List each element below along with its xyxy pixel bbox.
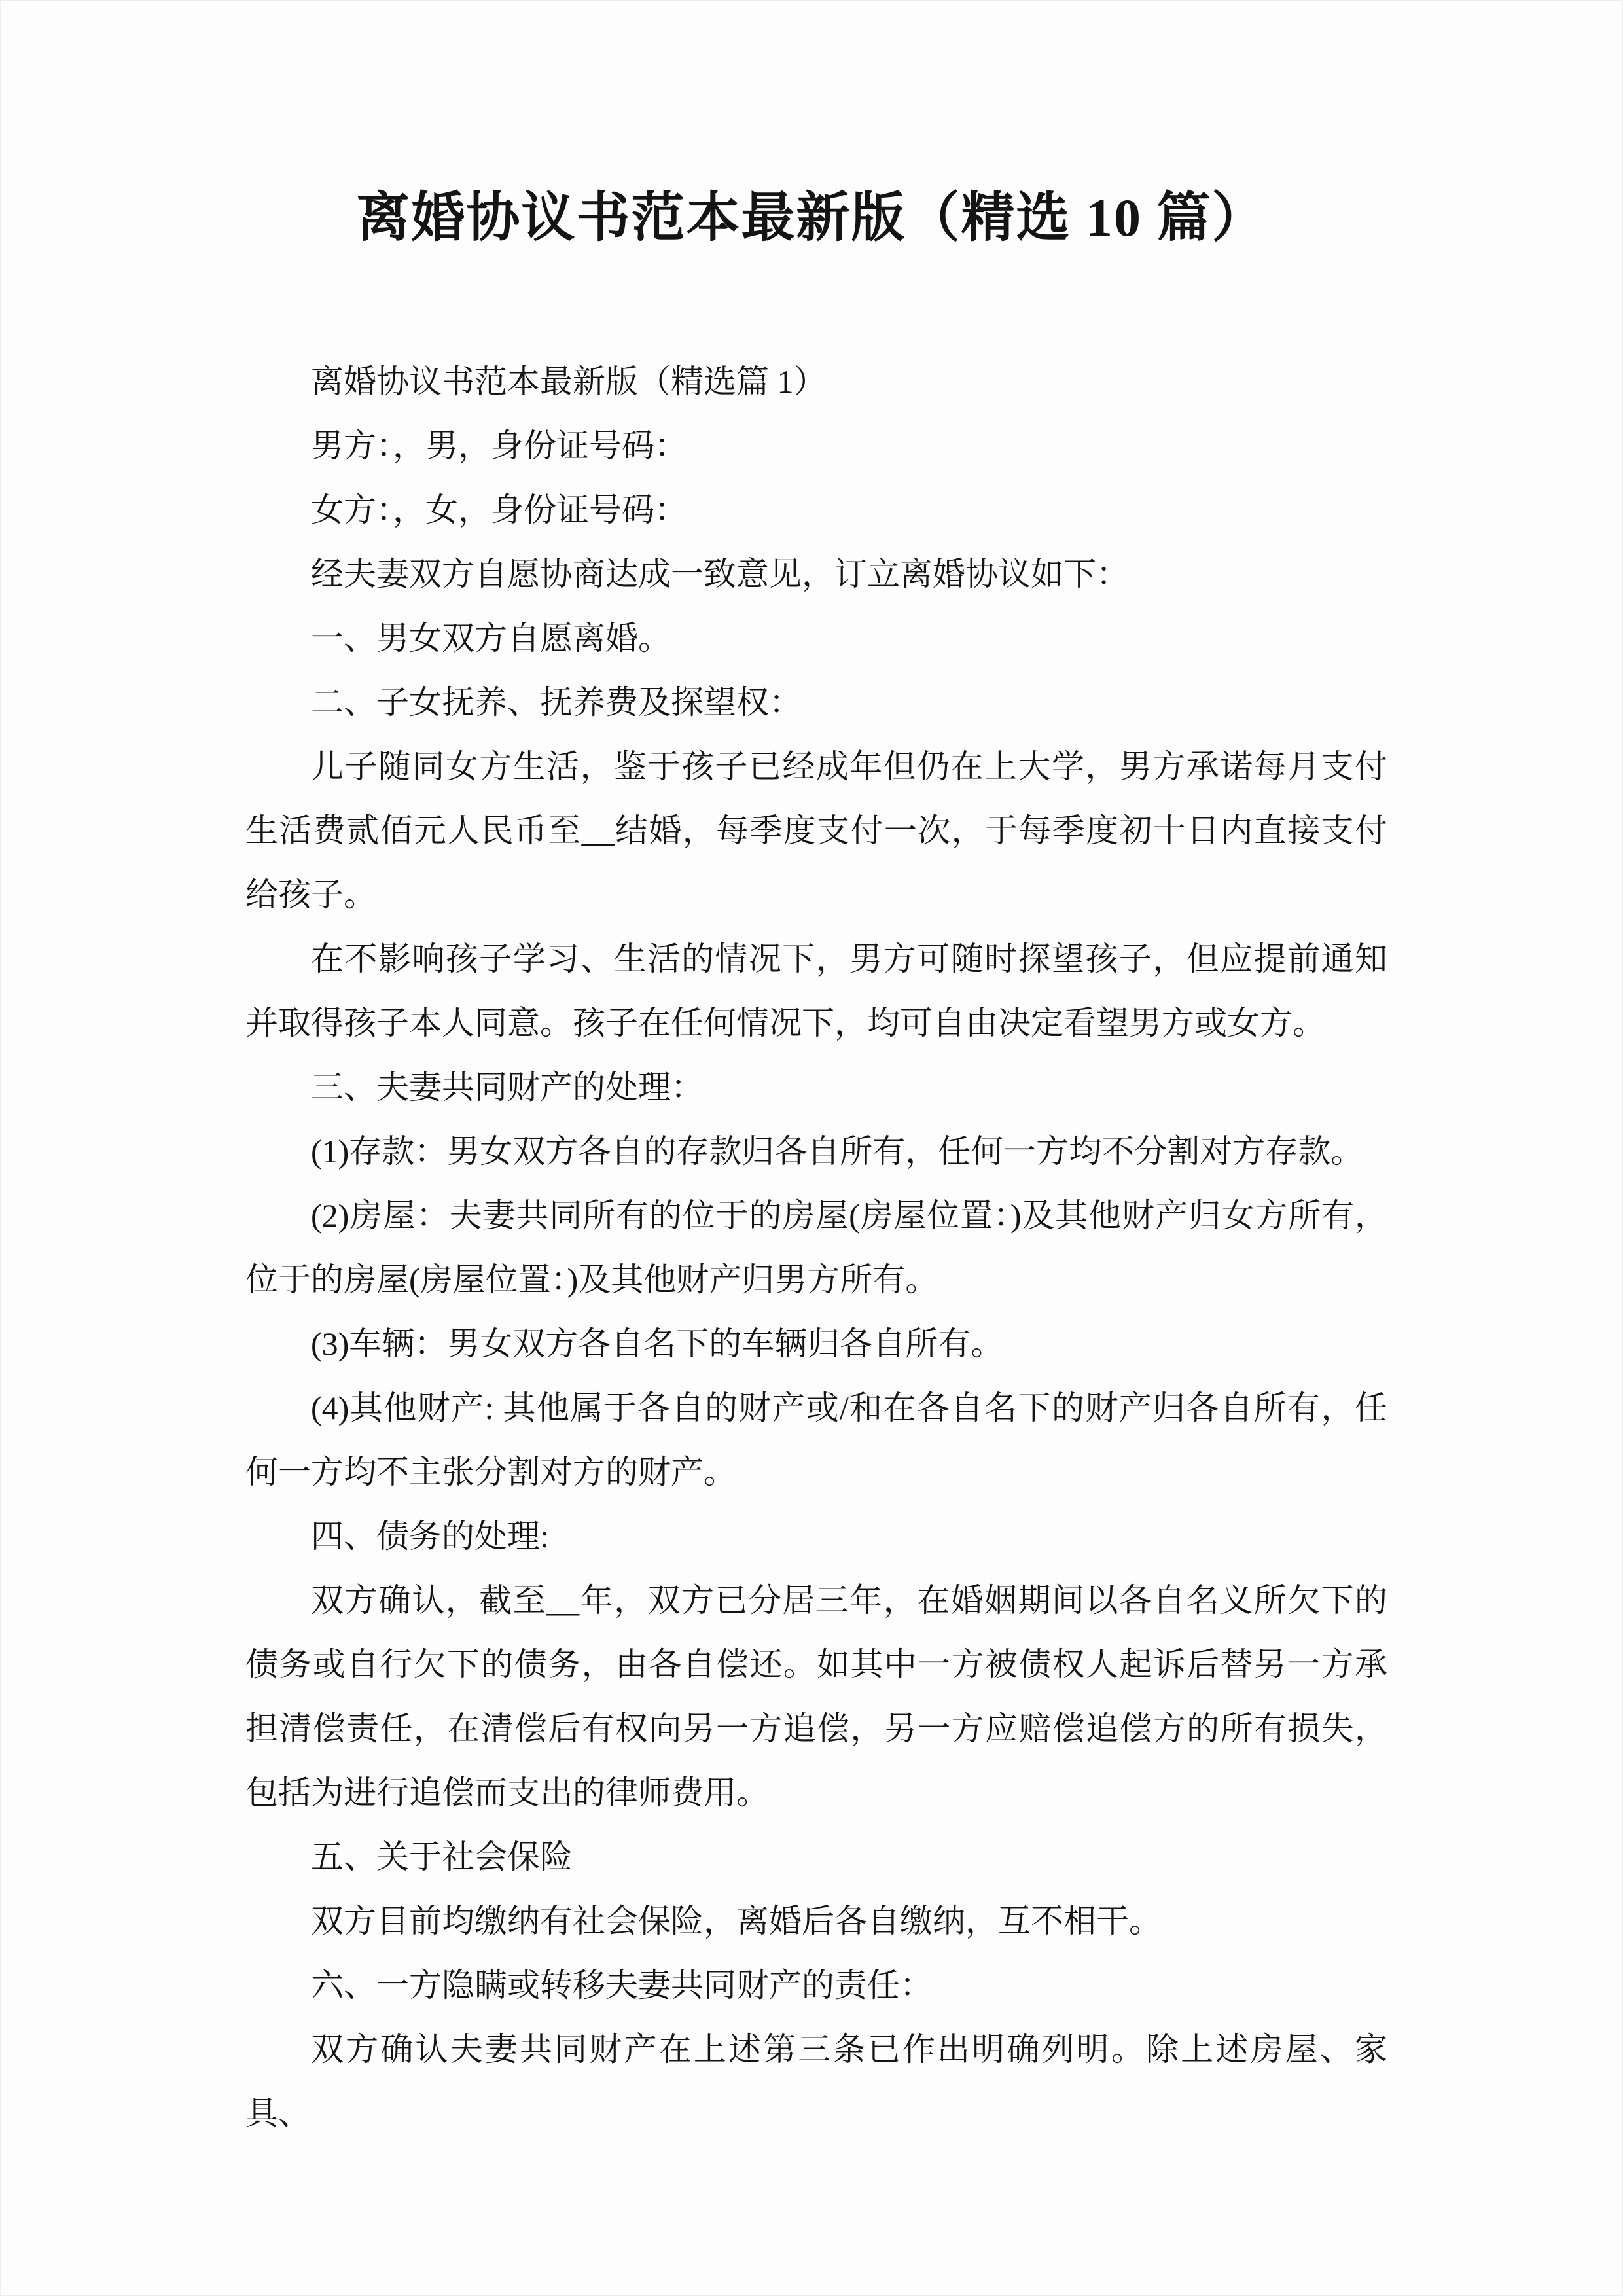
paragraph: 双方目前均缴纳有社会保险，离婚后各自缴纳，互不相干。 (245, 1889, 1387, 1953)
paragraph: (3)车辆：男女双方各自名下的车辆归各自所有。 (245, 1312, 1387, 1376)
paragraph: 四、债务的处理: (245, 1504, 1387, 1568)
paragraph: (4)其他财产: 其他属于各自的财产或/和在各自名下的财产归各自所有，任何一方均… (245, 1376, 1387, 1504)
document-body: 离婚协议书范本最新版（精选篇 1）男方：，男，身份证号码：女方：，女，身份证号码… (0, 350, 1623, 2145)
document-page: 离婚协议书范本最新版（精选 10 篇） 离婚协议书范本最新版（精选篇 1）男方：… (0, 0, 1623, 2296)
paragraph: 儿子随同女方生活，鉴于孩子已经成年但仍在上大学，男方承诺每月支付生活费贰佰元人民… (245, 734, 1387, 927)
paragraph: 一、男女双方自愿离婚。 (245, 606, 1387, 670)
paragraph: (1)存款：男女双方各自的存款归各自所有，任何一方均不分割对方存款。 (245, 1119, 1387, 1183)
paragraph: 三、夫妻共同财产的处理： (245, 1055, 1387, 1119)
paragraph: 二、子女抚养、抚养费及探望权： (245, 670, 1387, 734)
paragraph: 双方确认夫妻共同财产在上述第三条已作出明确列明。除上述房屋、家具、 (245, 2017, 1387, 2145)
paragraph: 男方：，男，身份证号码： (245, 414, 1387, 478)
document-title: 离婚协议书范本最新版（精选 10 篇） (0, 0, 1623, 245)
paragraph: 女方：，女，身份证号码： (245, 478, 1387, 542)
paragraph: 五、关于社会保险 (245, 1825, 1387, 1889)
paragraph: 在不影响孩子学习、生活的情况下，男方可随时探望孩子，但应提前通知并取得孩子本人同… (245, 927, 1387, 1055)
paragraph: 六、一方隐瞒或转移夫妻共同财产的责任： (245, 1953, 1387, 2017)
paragraph: 双方确认，截至__年，双方已分居三年，在婚姻期间以各自名义所欠下的债务或自行欠下… (245, 1568, 1387, 1825)
paragraph: 离婚协议书范本最新版（精选篇 1） (245, 350, 1387, 414)
paragraph: 经夫妻双方自愿协商达成一致意见，订立离婚协议如下： (245, 542, 1387, 606)
paragraph: (2)房屋：夫妻共同所有的位于的房屋(房屋位置：)及其他财产归女方所有，位于的房… (245, 1183, 1387, 1312)
